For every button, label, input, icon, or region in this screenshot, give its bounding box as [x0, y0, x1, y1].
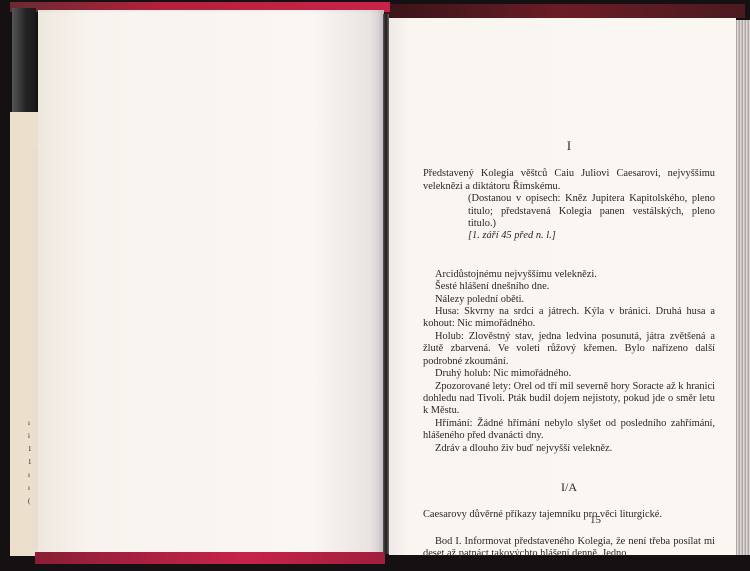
- right-page-text: I Představený Kolegia věštců Caiu Juliov…: [423, 140, 715, 561]
- spacer: [423, 522, 715, 536]
- page-edge-marks: ı i 1 1 ı ı (: [28, 420, 34, 500]
- left-cover-bottom-edge: [35, 552, 385, 564]
- spacer: [423, 455, 715, 481]
- edge-mark: ı: [28, 472, 34, 478]
- edge-mark: i: [28, 433, 34, 439]
- page-number: 15: [590, 514, 601, 526]
- spacer: [423, 243, 715, 269]
- report-line: Zpozorované lety: Orel od tří mil severn…: [423, 381, 715, 418]
- report-line: Holub: Zlověstný stav, jedna ledvina pos…: [423, 331, 715, 368]
- edge-mark: 1: [28, 446, 34, 452]
- section-body: Bod I. Informovat představeného Kolegia,…: [423, 536, 715, 561]
- header-line: Představený Kolegia věštců Caiu Juliovi …: [423, 168, 715, 193]
- right-cover-edge: [385, 4, 745, 18]
- section-intro: Caesarovy důvěrné příkazy tajemníku pro …: [423, 509, 715, 521]
- report-line: Zdráv a dlouho živ buď nejvyšší velekněz…: [423, 443, 715, 455]
- date-note: [1. září 45 před n. l.]: [423, 230, 715, 242]
- report-line: Šesté hlášení dnešního dne.: [423, 281, 715, 293]
- edge-mark: (: [28, 498, 34, 504]
- edge-mark: ı: [28, 485, 34, 491]
- right-page-edges: [736, 20, 750, 555]
- spine-strip: [12, 8, 36, 112]
- edge-mark: ı: [28, 420, 34, 426]
- report-line: Nálezy polední oběti.: [423, 294, 715, 306]
- report-line: Druhý holub: Nic mimořádného.: [423, 368, 715, 380]
- report-line: Hřímání: Žádné hřímání nebylo slyšet od …: [423, 418, 715, 443]
- report-line: Husa: Skvrny na srdci a játrech. Kýla v …: [423, 306, 715, 331]
- edge-mark: 1: [28, 459, 34, 465]
- left-page-blank: [38, 10, 384, 556]
- copy-note: (Dostanou v opisech: Kněz Jupitera Kapit…: [423, 193, 715, 230]
- section-heading: I/A: [423, 481, 715, 493]
- chapter-heading: I: [423, 140, 715, 152]
- report-line: Arcidůstojnému nejvyššímu veleknězi.: [423, 269, 715, 281]
